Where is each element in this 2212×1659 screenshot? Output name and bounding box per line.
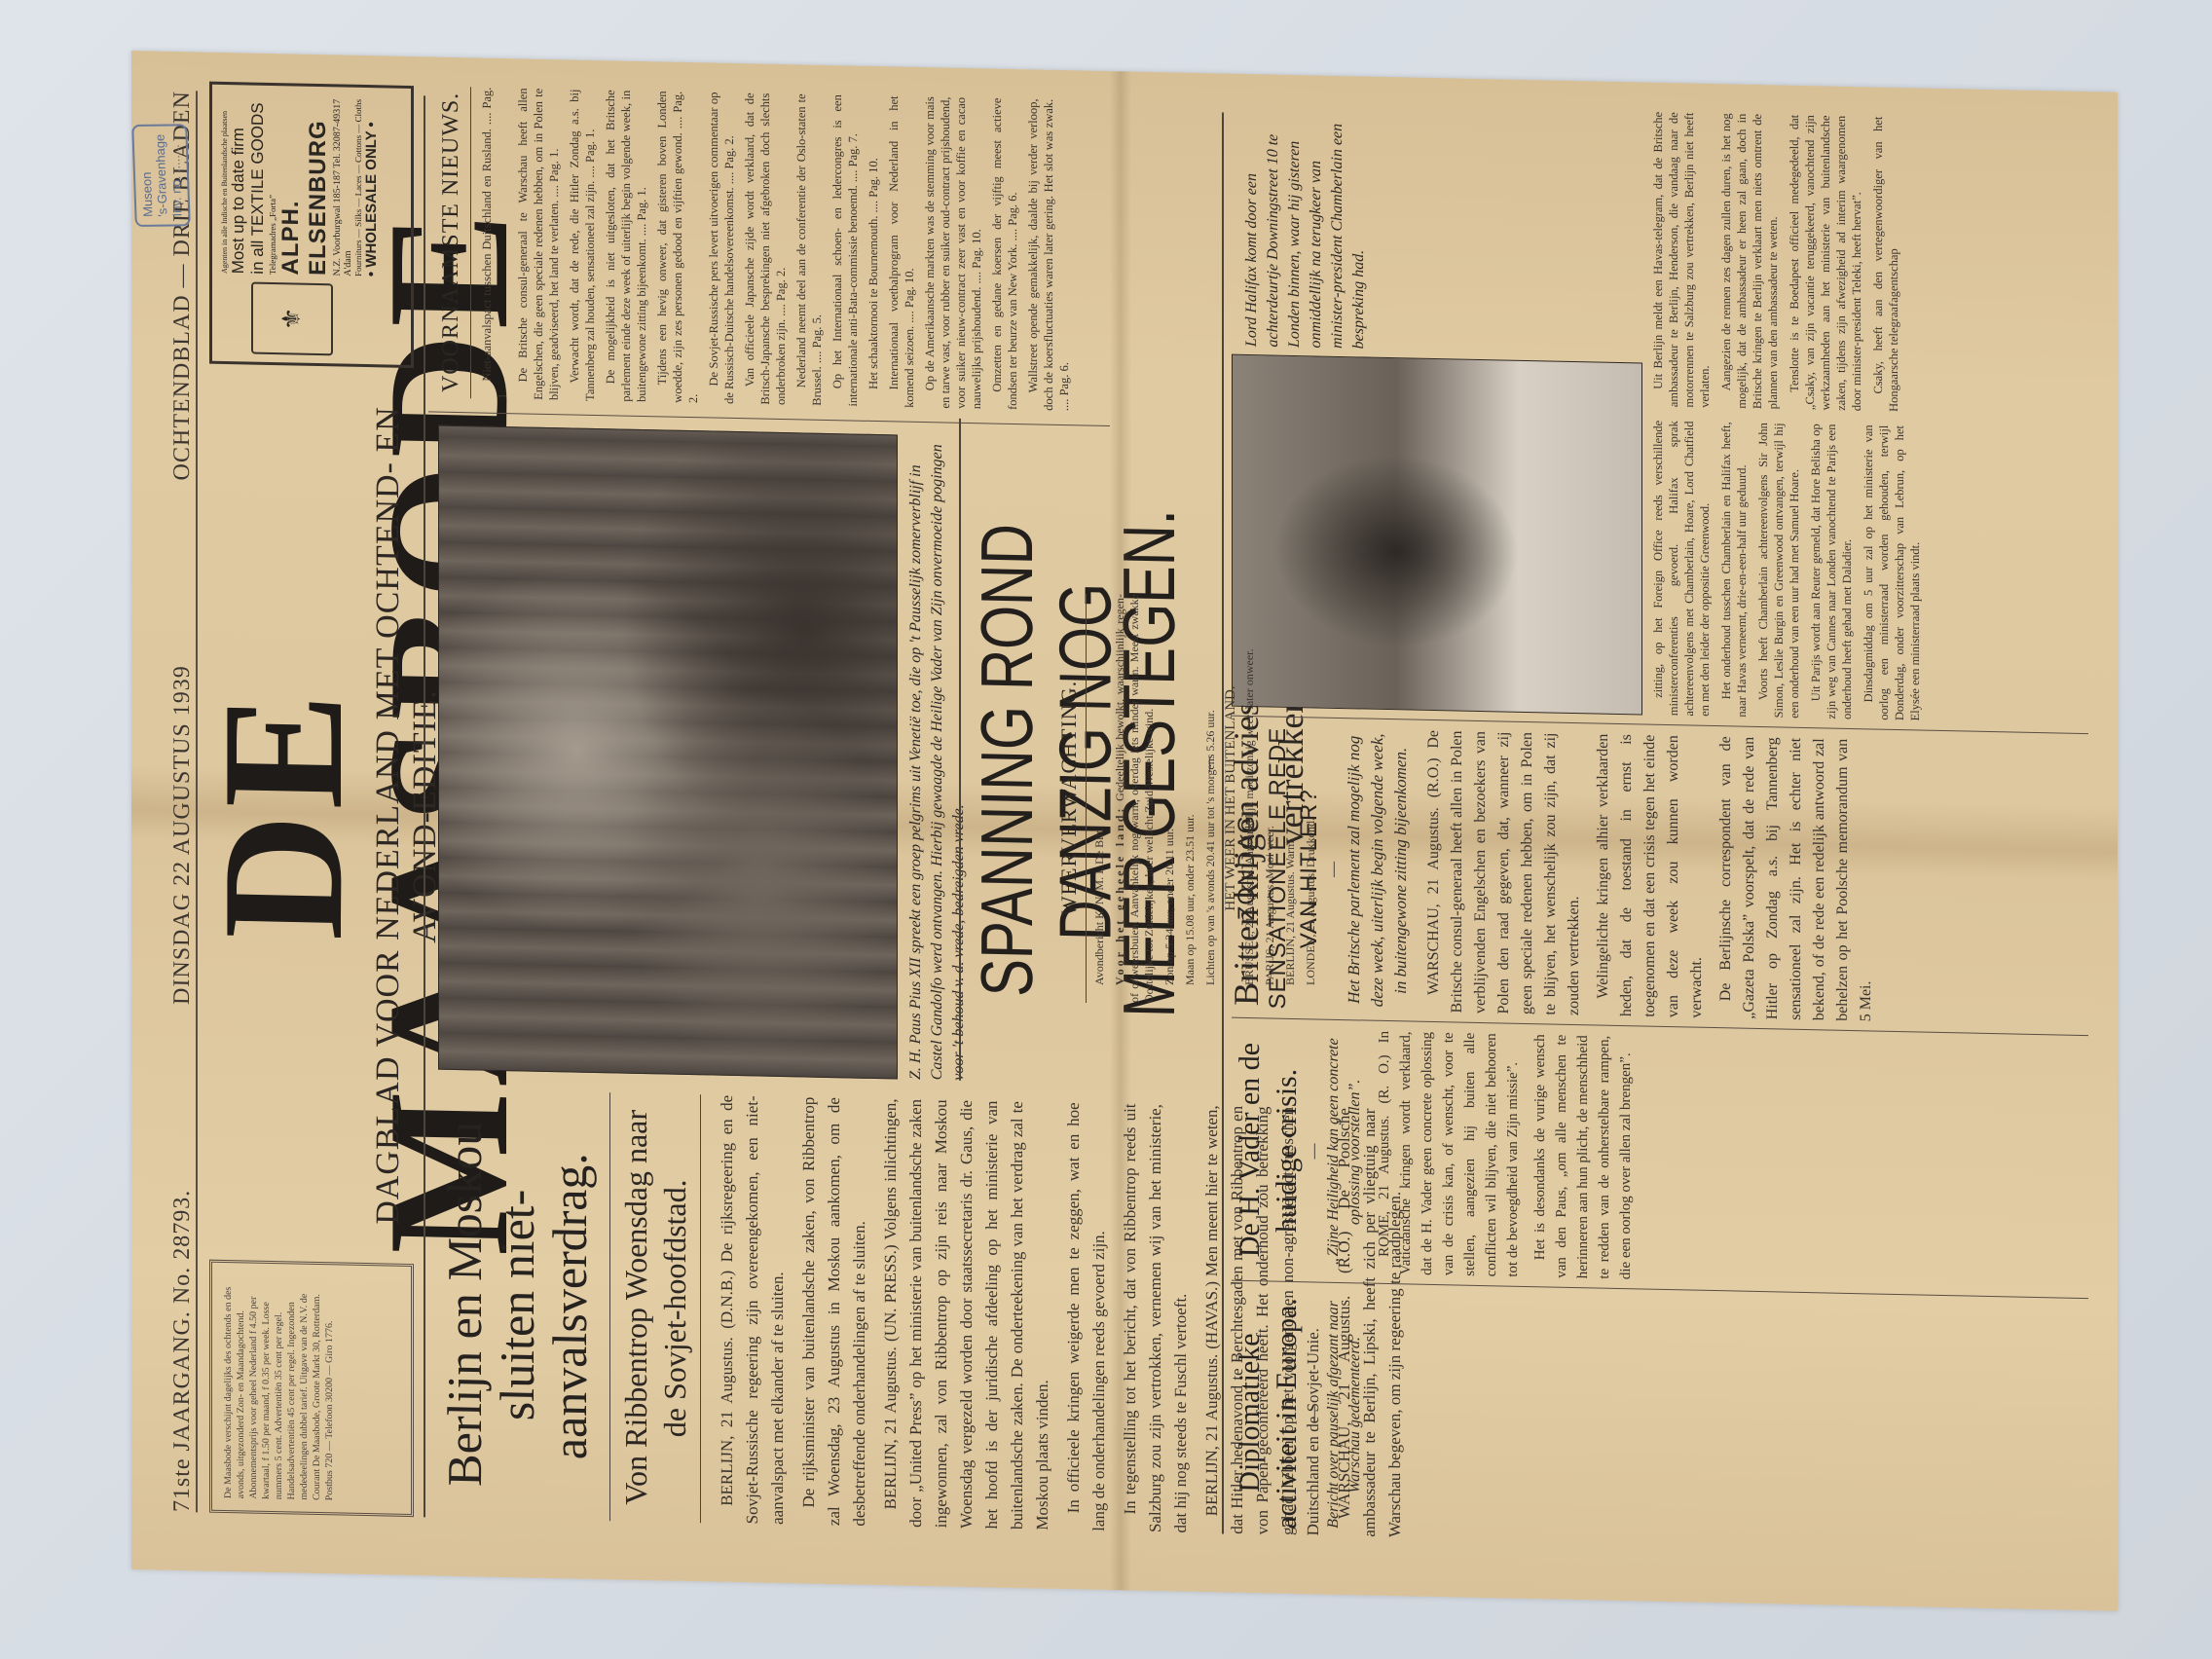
lead-headline: Berlijn en Moskou sluiten niet-aanvalsve… (438, 1089, 596, 1521)
london-story: zitting, op het Foreign Office reeds ver… (1650, 112, 1923, 721)
paragraph: PARIJS, 21 Augustus. Mooi weer. (1263, 594, 1277, 1003)
weather-box: WEERVERWACHTING. Avondbericht K. N. M. I… (1056, 594, 1324, 1003)
news-summary: VOORNAAMSTE NIEUWS. Niet-aanvalspact tus… (438, 87, 1077, 412)
paragraph: In tegenstelling tot het bericht, dat vo… (1118, 1103, 1194, 1533)
paragraph: BRUSSEL, 21 Augustus. Aanvankelijk mooi … (1242, 594, 1257, 1003)
news-summary-item: Het schaaktornooi te Bournemouth. .... P… (866, 95, 881, 407)
museum-stamp: Museon 's-Gravenhage Inv. no. ........ (131, 124, 191, 227)
crest-icon: ⚜ (251, 282, 333, 356)
subscription-info-box: De Maasbode verschijnt dagelijks des och… (209, 1260, 414, 1517)
news-summary-item: Niet-aanvalspact tusschen Duitschland en… (479, 87, 510, 399)
paragraph: Uit Berlijn meldt een Havas-telegram, da… (1650, 112, 1713, 408)
news-summary-item: De Sovjet-Russische pers levert uitvoeri… (706, 92, 737, 404)
paragraph: Voorts heeft Chamberlain achtereenvolgen… (1755, 423, 1802, 719)
news-summary-item: Nederland neemt deel aan de conferentie … (793, 93, 825, 406)
paragraph: De Berlijnsche correspondent van de „Gaz… (1714, 736, 1878, 1022)
paragraph: Uit Parijs wordt aan Reuter gemeld, dat … (1808, 424, 1855, 719)
vatican-story: De H. Vader en de huidige crisis. — „Zij… (1232, 1028, 1642, 1280)
news-summary-item: Internationaal voetbalprogram voor Neder… (886, 95, 917, 408)
paragraph: Tenslotte is te Boedapest officieel mede… (1787, 115, 1864, 412)
lead-subheadline: Von Ribbentrop Woensdag naar de Sovjet-h… (609, 1092, 701, 1523)
news-summary-heading: VOORNAAMSTE NIEUWS. (438, 87, 471, 399)
paragraph: ROME, 21 Augustus. (R. O.) In Vaticaansc… (1374, 1031, 1524, 1277)
paragraph: WARSCHAU, 21 Augustus. (R.O.) De Britsch… (1422, 730, 1586, 1016)
newspaper-subtitle: DAGBLAD VOOR NEDERLAND MET OCHTEND- EN A… (370, 377, 444, 1255)
paragraph: Het onderhoud tusschen Chamberlain en Ha… (1718, 422, 1750, 718)
paragraph: BERLIJN, 21 Augustus. (UN. PRESS.) Volge… (878, 1098, 1055, 1530)
paragraph: LONDEN, 21 Augustus. Drukkend. (1304, 594, 1318, 1003)
ad-elsenburg: ⚜ Agenten in alle Indische en Buitenland… (209, 82, 414, 368)
pope-photo (438, 425, 898, 1080)
news-summary-item: Tijdens een hevig onweer, dat gisteren b… (654, 91, 701, 403)
news-summary-item: De mogelijkheid is niet uitgesloten, dat… (603, 90, 649, 402)
news-summary-item: Op het Internationaal schoen- en lederco… (829, 94, 861, 407)
paragraph: BERLIJN, 21 Augustus. (D.N.B.) De rijksr… (715, 1095, 791, 1526)
news-summary-item: De Britsche consul-generaal te Warschau … (515, 88, 562, 400)
news-summary-item: Op de Amerikaansche markten was de stemm… (922, 96, 984, 409)
paragraph: Aangezien de rennen zes dagen zullen dur… (1718, 113, 1781, 409)
halifax-photo-caption: Lord Halifax komt door een achterdeurtje… (1241, 103, 1370, 350)
news-summary-item: Verwacht wordt, dat de rede, die Hitler … (567, 89, 598, 401)
volume-issue: 71ste JAARGANG. No. 28793. (169, 1189, 196, 1512)
news-summary-item: Van officieele Japansche zijde wordt ver… (742, 92, 789, 405)
diplomacy-story: Diplomatieke activiteit in Europa. — Ber… (1232, 1291, 1366, 1537)
paragraph: zitting, op het Foreign Office reeds ver… (1650, 421, 1713, 717)
paragraph: Csaky, heeft aan den vertegenwoordiger v… (1870, 116, 1901, 412)
paragraph: In officieele kringen weigerde men te ze… (1061, 1102, 1112, 1531)
paragraph: BERLIJN, 21 Augustus. Warm. (1283, 594, 1298, 1003)
paragraph: Dinsdagmiddag om 5 uur zal op het minist… (1861, 424, 1923, 720)
news-summary-item: Wallstreet opende gemakkelijk, daalde bi… (1025, 98, 1072, 411)
paragraph: Welingelichte kringen alhier verklaarden… (1592, 733, 1709, 1018)
paragraph: De rijksminister van buitenlandsche zake… (796, 1096, 872, 1527)
hitler-story: ZONDAG SENSATIONEELE REDE VAN HITLER? — … (1232, 726, 1884, 1022)
news-summary-item: Omzetten en gedane koersen der vijftig m… (989, 97, 1020, 410)
paragraph: Het is desondanks de vurige wensch van d… (1530, 1034, 1637, 1279)
